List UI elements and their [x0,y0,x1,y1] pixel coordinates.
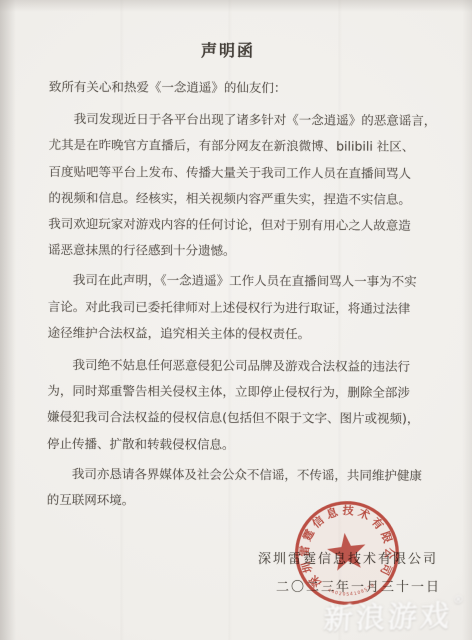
statement-line: 为，同时郑重警告相关侵权主体，立即停止侵权行为，删除全部涉 [47,378,457,406]
statement-line: 途径维护合法权益，追究相关主体的侵权责任。 [48,320,458,348]
page-title: 声明函 [0,38,456,61]
greeting-line: 致所有关心和热爱《一念逍遥》的仙友们： [49,74,459,102]
statement-lines: 我司发现近日于各平台出现了诸多针对《一念逍遥》的恶意谣言，尤其是在昨晚官方直播后… [47,106,459,515]
statement-line: 的视频和信息。经核实，相关视频内容严重失实，捏造不实信息。 [48,185,458,213]
statement-line: 百度贴吧等平台上发布、传播大量关于我司工作人员在直播间骂人 [48,159,458,187]
statement-line: 我司发现近日于各平台出现了诸多针对《一念逍遥》的恶意谣言， [49,106,459,134]
statement-line: 言论。对此我司已委托律师对上述侵权行为进行取证，将通过法律 [48,294,458,322]
watermark-text: 新浪游戏 [323,599,453,636]
watermark-logo: 新浪游戏® [323,593,468,638]
statement-line: 停止传播、扩散和转载侵权信息。 [47,431,457,459]
statement-line: 我司欢迎玩家对游戏内容的任何讨论，但对于别有用心之人故意造 [48,211,458,239]
statement-line: 我司绝不姑息任何恶意侵犯公司品牌及游戏合法权益的违法行 [47,352,457,380]
statement-letter-photo: 声明函 致所有关心和热爱《一念逍遥》的仙友们： 我司发现近日于各平台出现了诸多针… [0,0,472,640]
statement-line: 我司在此声明，《一念逍遥》工作人员在直播间骂人一事为不实 [48,267,458,295]
statement-line: 尤其是在昨晚官方直播后，有部分网友在新浪微博、bilibili 社区、 [49,132,459,160]
statement-body: 致所有关心和热爱《一念逍遥》的仙友们： 我司发现近日于各平台出现了诸多针对《一念… [47,74,459,515]
registered-mark-icon: ® [453,593,468,606]
statement-line: 谣恶意抹黑的行径感到十分遗憾。 [48,237,458,265]
statement-line: 我司亦恳请各界媒体及社会公众不信谣，不传谣，共同维护健康 [47,461,457,489]
statement-line: 嫌侵犯我司合法权益的侵权信息(包括但不限于文字、图片或视频)， [47,404,457,432]
